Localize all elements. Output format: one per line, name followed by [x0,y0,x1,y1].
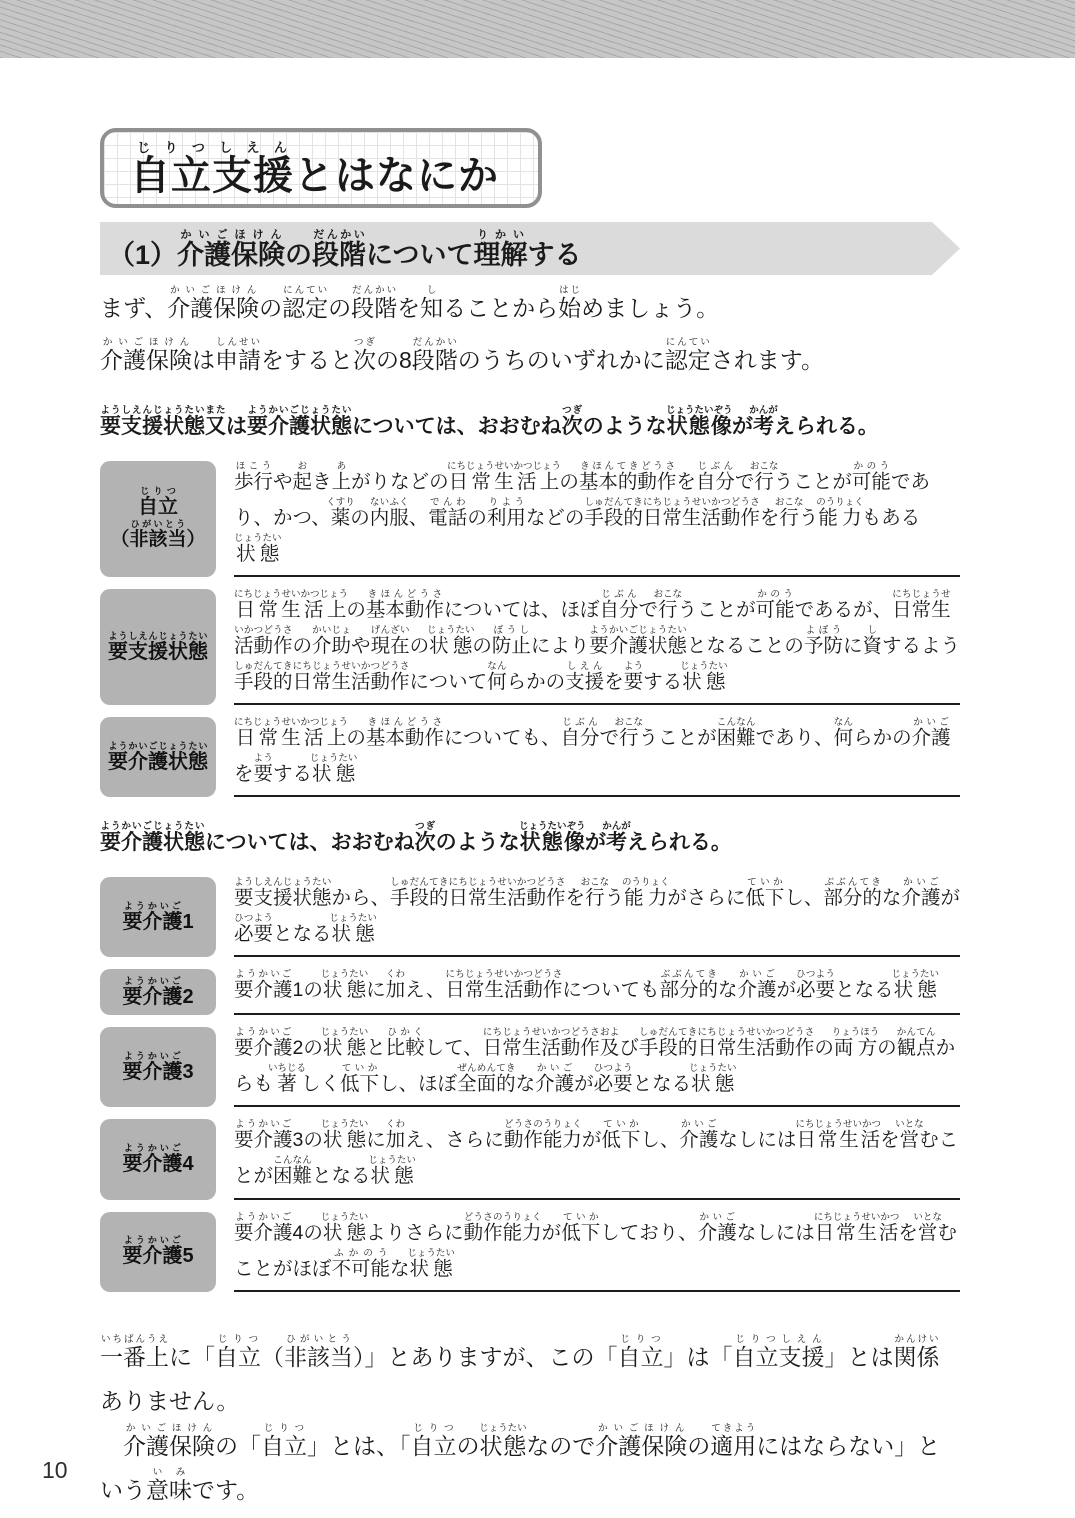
category-label-line1: 要介護ようかいご3 [122,1051,193,1084]
note-paragraph-2: 介護保険かいごほけんの「自立じりつ」とは、「自立じりつの状態じょうたいなので介護… [100,1423,960,1512]
table2-lead: 要介護状態ようかいごじょうたいについては、おおむね次つぎのような状態像じょうたい… [100,821,960,863]
top-decoration-bar [0,0,1075,58]
note-paragraph-1: 一番上いちばんうえに「自立じりつ（非該当ひがいとう）」とありますが、この「自立じ… [100,1334,960,1423]
table1-lead: 要支援状態ようしえんじょうたい又または要介護状態ようかいごじょうたいについては、… [100,405,960,447]
table-row-yokaigo-3: 要介護ようかいご3 要介護ようかいご2の状態じょうたいと比較ひかくして、日常生活… [100,1027,960,1107]
category-label-line1: 要介護ようかいご5 [122,1235,193,1268]
category-description: 要介護ようかいご2の状態じょうたいと比較ひかくして、日常生活動作にちじょうせいか… [234,1027,960,1107]
table-row-yokaigo-1: 要介護ようかいご1 要支援状態ようしえんじょうたいから、手段的日常生活動作しゅだ… [100,877,960,957]
category-description: 要支援状態ようしえんじょうたいから、手段的日常生活動作しゅだんてきにちじょうせい… [234,877,960,957]
page-title: 自立支援じりつしえんとはなにか [130,140,499,196]
table-row-yokaigo-2: 要介護ようかいご2 要介護ようかいご1の状態じょうたいに加くわえ、日常生活動作に… [100,969,960,1015]
category-label-yokaigo-2: 要介護ようかいご2 [100,969,216,1015]
table-row-yokaigo-4: 要介護ようかいご4 要介護ようかいご3の状態じょうたいに加くわえ、さらに動作能力… [100,1119,960,1199]
category-description: 要介護ようかいご1の状態じょうたいに加くわえ、日常生活動作にちじょうせいかつどう… [234,969,960,1015]
table-row-yoshien: 要支援状態ようしえんじょうたい 日常生活上にちじょうせいかつじょうの基本動作きほ… [100,589,960,705]
note-block: 一番上いちばんうえに「自立じりつ（非該当ひがいとう）」とありますが、この「自立じ… [100,1334,960,1513]
category-label-line1: 要介護状態ようかいごじょうたい [108,741,208,774]
category-label-yokaigo-5: 要介護ようかいご5 [100,1212,216,1292]
category-label-line1: 自立じりつ [138,486,178,519]
category-label-line1: 要介護ようかいご4 [122,1143,193,1176]
intro-paragraph-1: まず、介護保険かいごほけんの認定にんていの段階だんかいを知しることから始はじめま… [100,285,960,329]
page-number: 10 [42,1457,68,1484]
category-label-yokaigo-1: 要介護ようかいご1 [100,877,216,957]
category-description: 要介護ようかいご3の状態じょうたいに加くわえ、さらに動作能力どうさのうりょくが低… [234,1119,960,1199]
category-label-yokaigo-3: 要介護ようかいご3 [100,1027,216,1107]
support-levels-table: 自立じりつ （非該当ひがいとう） 歩行ほこうや起おき上あがりなどの日常生活上にち… [100,461,960,798]
category-description: 要介護ようかいご4の状態じょうたいよりさらに動作能力どうさのうりょくが低下ていか… [234,1212,960,1292]
category-label-yoshien: 要支援状態ようしえんじょうたい [100,589,216,705]
category-label-line1: 要介護ようかいご2 [122,976,193,1009]
category-label-yokaigo-state: 要介護状態ようかいごじょうたい [100,717,216,797]
category-label-line2: （非該当ひがいとう） [110,519,205,551]
category-label-line1: 要支援状態ようしえんじょうたい [108,631,208,664]
category-label-jiritsu: 自立じりつ （非該当ひがいとう） [100,461,216,577]
category-description: 日常生活上にちじょうせいかつじょうの基本動作きほんどうさについては、ほぼ自分じぶ… [234,589,960,705]
section-heading: （1）介護保険かいごほけんの段階だんかいについて理解りかいする [108,229,582,269]
page-content: 自立支援じりつしえんとはなにか （1）介護保険かいごほけんの段階だんかいについて… [100,58,960,1512]
category-description: 日常生活上にちじょうせいかつじょうの基本動作きほんどうさについても、自分じぶんで… [234,717,960,797]
table-row-jiritsu: 自立じりつ （非該当ひがいとう） 歩行ほこうや起おき上あがりなどの日常生活上にち… [100,461,960,577]
category-label-yokaigo-4: 要介護ようかいご4 [100,1119,216,1199]
section-heading-bar: （1）介護保険かいごほけんの段階だんかいについて理解りかいする [100,222,960,275]
table-row-yokaigo-5: 要介護ようかいご5 要介護ようかいご4の状態じょうたいよりさらに動作能力どうさの… [100,1212,960,1292]
category-label-line1: 要介護ようかいご1 [122,901,193,934]
intro-paragraph-2: 介護保険かいごほけんは申請しんせいをすると次つぎの8段階だんかいのうちのいずれか… [100,337,960,381]
category-description: 歩行ほこうや起おき上あがりなどの日常生活上にちじょうせいかつじょうの基本的動作き… [234,461,960,577]
care-levels-table: 要介護ようかいご1 要支援状態ようしえんじょうたいから、手段的日常生活動作しゅだ… [100,877,960,1292]
table-row-yokaigo-state: 要介護状態ようかいごじょうたい 日常生活上にちじょうせいかつじょうの基本動作きほ… [100,717,960,797]
page-title-box: 自立支援じりつしえんとはなにか [100,128,542,208]
